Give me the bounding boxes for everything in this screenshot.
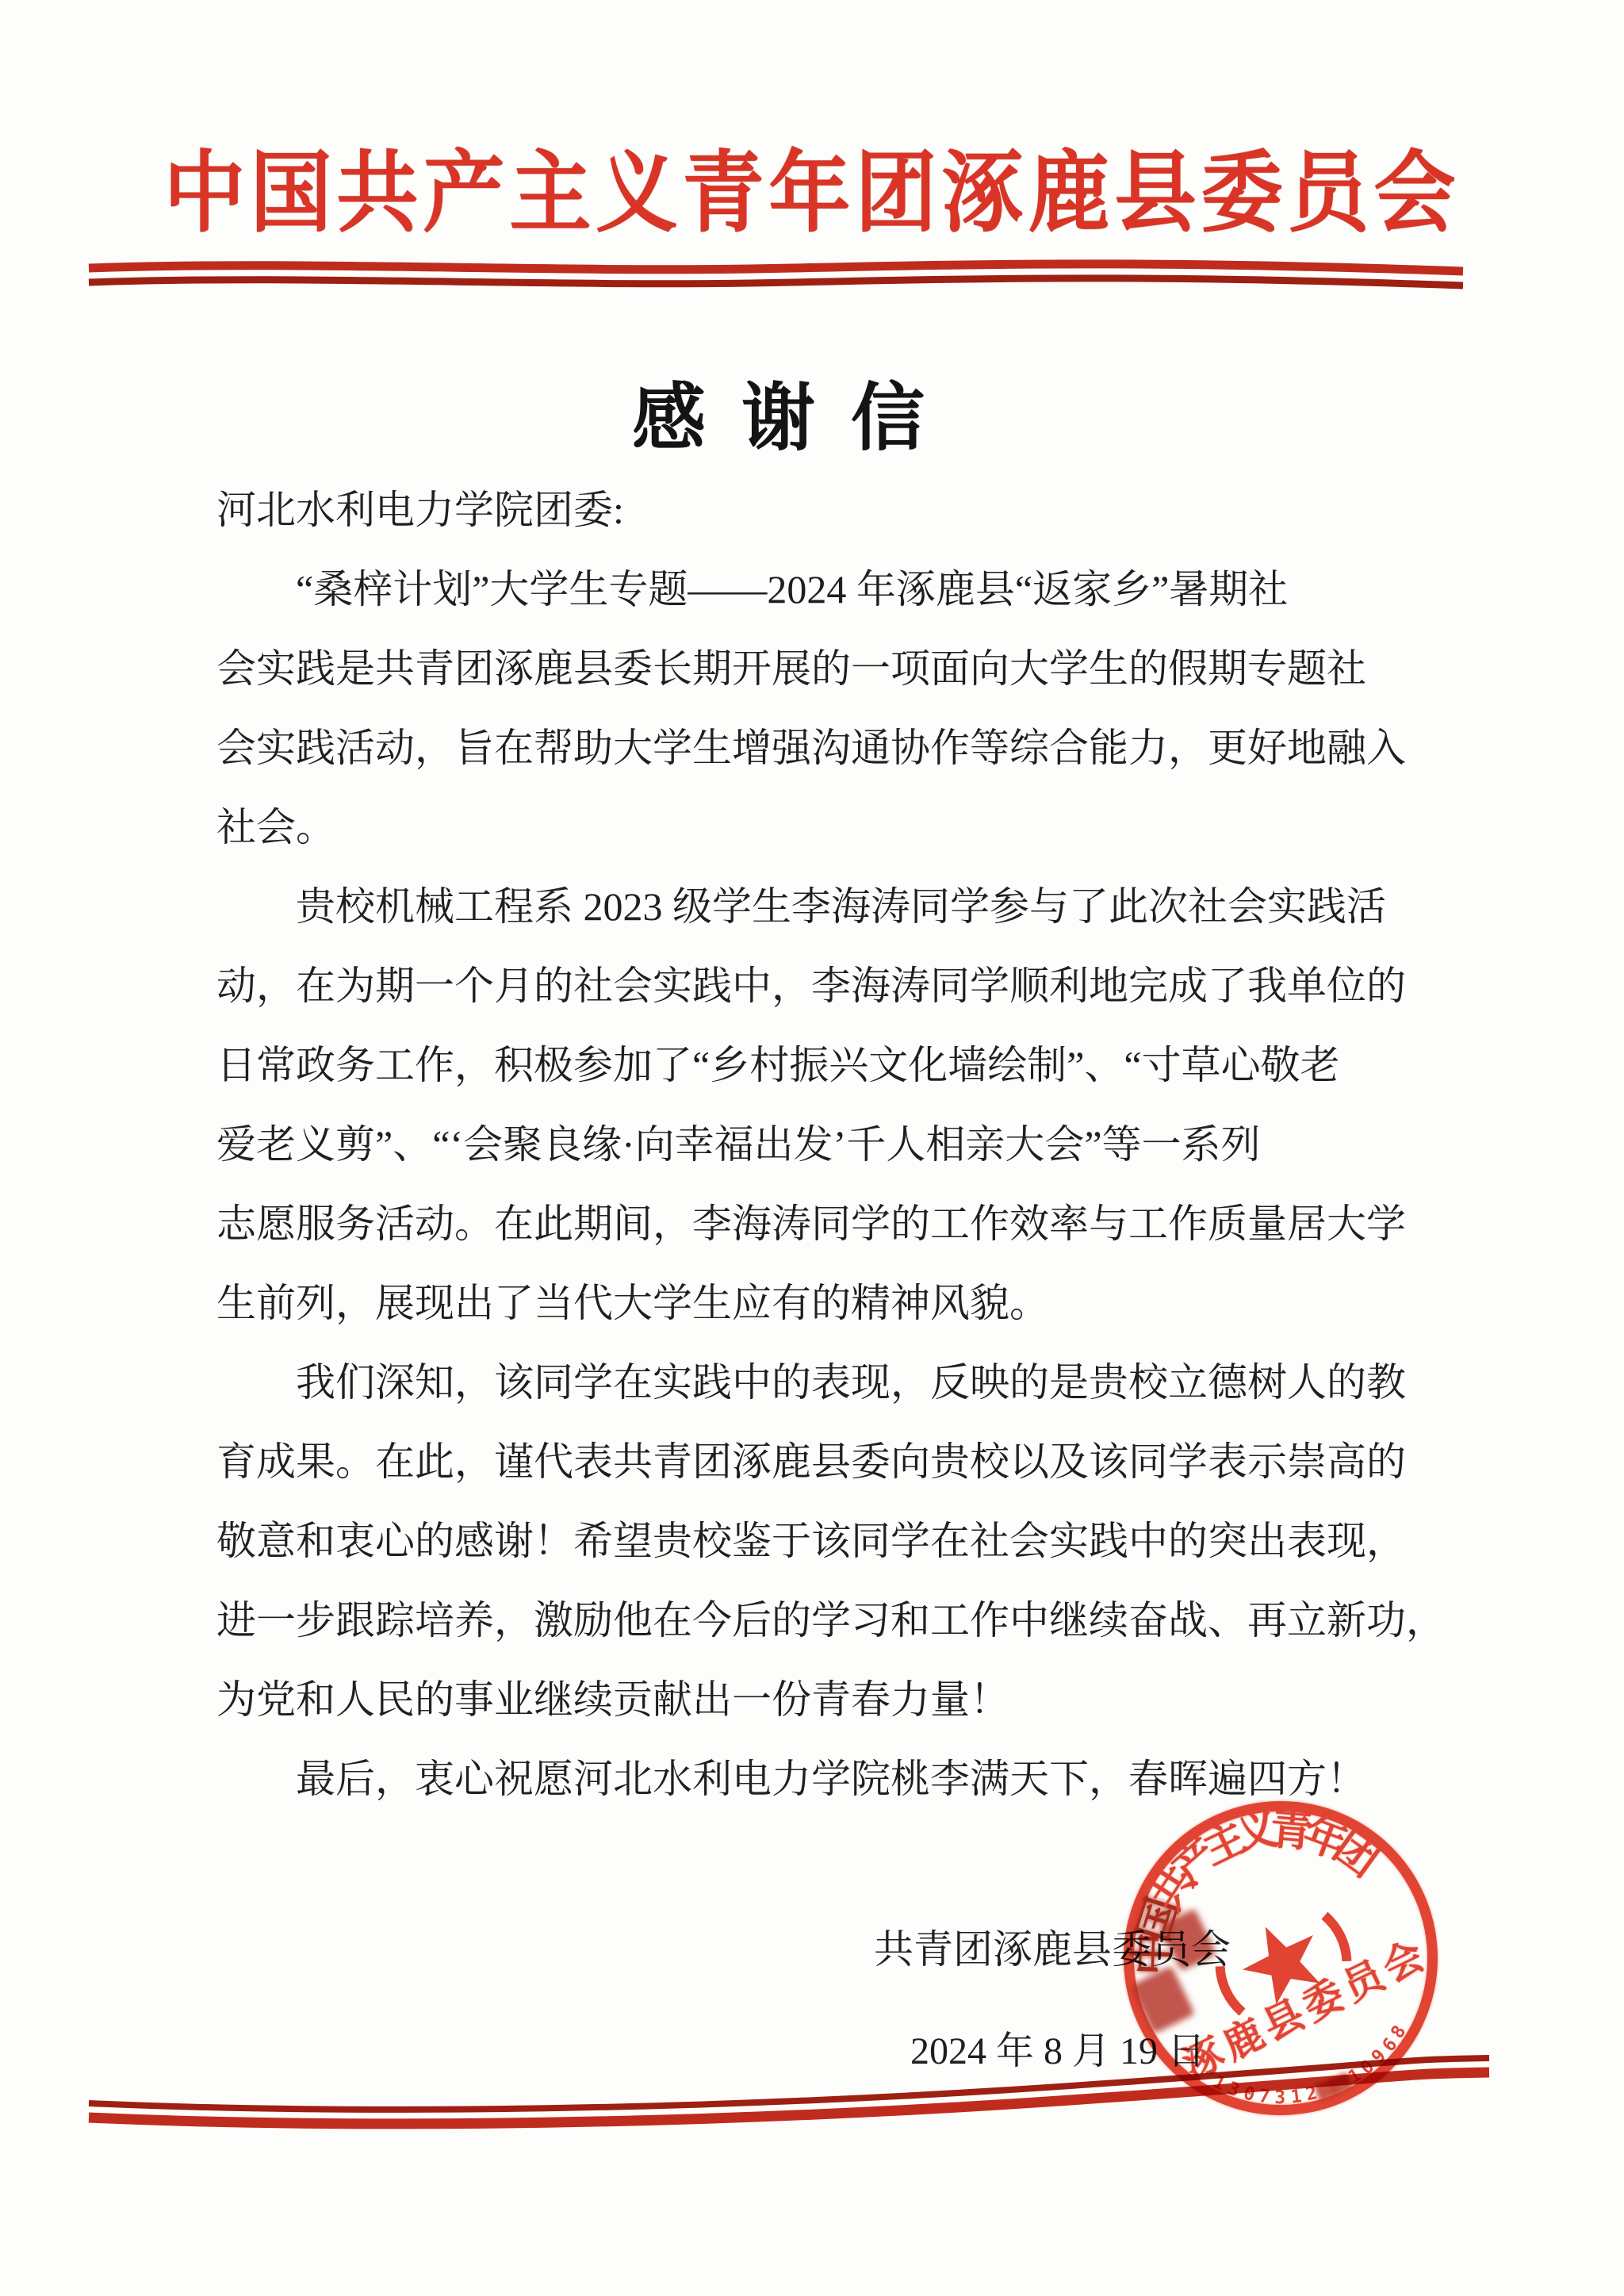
footer-divider-line	[0, 2042, 1624, 2137]
seal-serial-digit: 3	[1225, 2078, 1243, 2101]
body-line: 河北水利电力学院团委:	[216, 470, 1414, 550]
body-line: 爱老义剪”、“‘会聚良缘·向幸福出发’千人相亲大会”等一系列	[216, 1105, 1414, 1184]
seal-serial-digit: 1	[1345, 2064, 1365, 2087]
seal-serial-digit: 8	[1388, 2022, 1411, 2043]
seal-serial-digit: 6	[1378, 2034, 1401, 2056]
body-line: 会实践是共青团涿鹿县委长期开展的一项面向大学生的假期专题社	[216, 629, 1414, 708]
seal-serial-smudge	[1314, 2079, 1339, 2102]
letterhead-org: 中国共产主义青年团涿鹿县委员会	[164, 122, 1461, 249]
body-line: 日常政务工作，积极参加了“乡村振兴文化墙绘制”、“寸草心敬老	[216, 1025, 1414, 1105]
seal-serial-digit: 3	[1275, 2087, 1286, 2108]
signature-org: 共青团涿鹿县委员会	[874, 1910, 1231, 1989]
body-line: 进一步跟踪培养，激励他在今后的学习和工作中继续奋战、再立新功，	[216, 1581, 1414, 1660]
seal-serial-smudge	[1328, 2072, 1354, 2096]
body-line: 社会。	[216, 788, 1414, 867]
seal-serial-digit: 1	[1289, 2086, 1303, 2107]
signature-date: 2024 年 8 月 19 日	[910, 2012, 1205, 2091]
body-line: 志愿服务活动。在此期间，李海涛同学的工作效率与工作质量居大学	[216, 1184, 1414, 1263]
body-line: “桑梓计划”大学生专题——2024 年涿鹿县“返家乡”暑期社	[216, 550, 1414, 629]
body-line: 最后，衷心祝愿河北水利电力学院桃李满天下，春晖遍四方！	[216, 1739, 1414, 1819]
letter-title: 感谢信	[632, 358, 960, 465]
letter-body: 河北水利电力学院团委:“桑梓计划”大学生专题——2024 年涿鹿县“返家乡”暑期…	[216, 470, 1414, 1819]
seal-serial-digit: 9	[1368, 2045, 1390, 2068]
body-line: 会实践活动，旨在帮助大学生增强沟通协作等综合能力，更好地融入	[216, 708, 1414, 788]
body-line: 敬意和衷心的感谢！希望贵校鉴于该同学在社会实践中的突出表现，	[216, 1501, 1414, 1581]
body-line: 生前列，展现出了当代大学生应有的精神风貌。	[216, 1263, 1414, 1343]
body-line: 我们深知，该同学在实践中的表现，反映的是贵校立德树人的教	[216, 1343, 1414, 1422]
letterhead-divider-line	[0, 252, 1624, 300]
seal-top-arc-char: 团	[1323, 1815, 1393, 1889]
seal-top-arc-char: 产	[1157, 1823, 1229, 1896]
body-line: 为党和人民的事业继续贡献出一份青春力量！	[216, 1660, 1414, 1739]
seal-star-icon	[1230, 1910, 1333, 2011]
seal-serial-digit: 0	[1357, 2056, 1378, 2079]
body-line: 贵校机械工程系 2023 级学生李海涛同学参与了此次社会实践活	[216, 867, 1414, 946]
body-line: 动，在为期一个月的社会实践中，李海涛同学顺利地完成了我单位的	[216, 946, 1414, 1025]
letter-page: 中国共产主义青年团涿鹿县委员会 感谢信 河北水利电力学院团委:“桑梓计划”大学生…	[0, 0, 1624, 2296]
seal-serial-digit: 0	[1241, 2083, 1256, 2105]
seal-serial-digit: 1	[1210, 2072, 1229, 2095]
body-line: 育成果。在此，谨代表共青团涿鹿县委向贵校以及该同学表示崇高的	[216, 1422, 1414, 1501]
seal-serial-digit: 7	[1258, 2086, 1271, 2107]
seal-serial-digit: 2	[1304, 2083, 1319, 2105]
